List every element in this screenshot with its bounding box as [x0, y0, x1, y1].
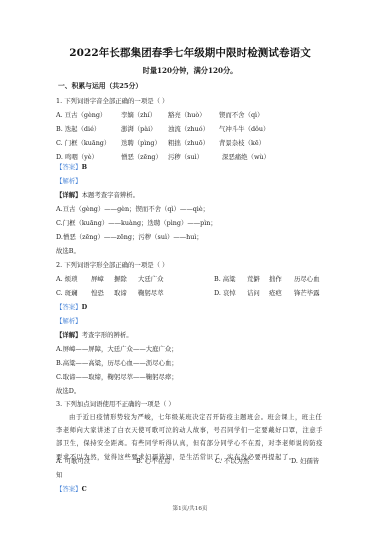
section-heading: 一、积累与运用（共25分） — [58, 82, 142, 91]
answer-value: D — [82, 303, 88, 311]
analysis-tag-2: 【解析】 — [56, 317, 82, 326]
option-d1: D. 哀悼 — [214, 289, 236, 298]
detail-1: 【详解】本题考查字音辨析。 — [56, 191, 139, 200]
answer-tag: 【答案】 — [56, 485, 82, 493]
option-d3: 疮疤 — [269, 289, 282, 298]
option-a1: A. 亘古（gèng） — [56, 111, 106, 120]
detail-line: D.憎恶（zēng）——zēng；污秽（suì）——huì； — [56, 233, 203, 242]
option-b4: 气冲斗牛（dǒu） — [219, 125, 269, 134]
page-title: 2022年长郡集团春季七年级期中限时检测试卷语文 — [0, 45, 380, 60]
option-a4: 大廷广众 — [138, 275, 164, 284]
option-c3: 取谛 — [114, 289, 127, 298]
question-1-stem: 1. 下列词语字音全部正确的一项是（ ） — [56, 97, 168, 106]
detail-line: A.亘古（gèng）——gèn；锲而不舍（qì）——qiè； — [56, 205, 209, 214]
option-b3: 拙作 — [269, 275, 282, 284]
exam-info: 时量120分钟，满分120分。 — [0, 66, 380, 76]
question-2-stem: 2. 下列词语字形全部正确的一项是（ ） — [56, 261, 168, 270]
option-d: D. 妇孺皆 — [291, 457, 319, 466]
option-d2: 憎恶（zēng） — [121, 153, 162, 162]
option-b2: 荒僻 — [247, 275, 260, 284]
detail-line: C.门框（kuāng）——kuàng；迭聘（pìng）——pìn； — [56, 219, 217, 228]
option-c3: 粗拙（zhuō） — [168, 139, 209, 148]
option-d1: D. 鸣咽（yè） — [56, 153, 98, 162]
detail-tag: 【详解】 — [56, 191, 82, 199]
document-page: 2022年长郡集团春季七年级期中限时检测试卷语文 时量120分钟，满分120分。… — [0, 0, 380, 538]
detail-2: 【详解】考查字形的辨析。 — [56, 331, 133, 340]
answer-tag: 【答案】 — [56, 303, 82, 311]
answer-tag: 【答案】 — [56, 163, 82, 171]
question-3-stem: 3. 下列加点词语使用不正确的一项是（ ） — [56, 400, 175, 409]
option-d4: 深恶痛绝（wù） — [222, 153, 270, 162]
option-c: C. 不以为然 — [215, 457, 249, 466]
question-3-passage: 由于近日疫情形势较为严峻，七年级某班决定召开防疫主题班会。班会课上，班主任李老师… — [56, 411, 324, 464]
option-c4: 鞠躬尽萃 — [138, 289, 164, 298]
option-a3: 摒除 — [114, 275, 127, 284]
detail-intro: 本题考查字音辨析。 — [82, 191, 140, 199]
option-c4: 背景杂枝（kē） — [219, 139, 265, 148]
answer-2: 【答案】D — [56, 303, 87, 312]
option-a: A. 可歌可泣 — [56, 457, 90, 466]
detail-line: B.高粱——高粱，历尽心血——沥尽心血； — [56, 359, 178, 368]
option-b1: B. 高粱 — [214, 275, 236, 284]
option-a2: 屏嶂 — [91, 275, 104, 284]
option-b1: B. 迭起（dié） — [56, 125, 100, 134]
option-b2: 澎湃（pài） — [121, 125, 157, 134]
analysis-tag-1: 【解析】 — [56, 177, 82, 186]
conclusion-2: 故选D。 — [56, 387, 80, 396]
detail-tag: 【详解】 — [56, 331, 82, 339]
option-d4: 锋芒毕露 — [294, 289, 320, 298]
page-footer: 第1页/共16页 — [0, 504, 380, 512]
option-c1: C. 斑斓 — [56, 289, 78, 298]
option-d2: 诘问 — [247, 289, 260, 298]
option-d3: 污秽（suì） — [168, 153, 203, 162]
option-b3: 浊流（zhuó） — [168, 125, 209, 134]
option-b4: 历尽心血 — [294, 275, 320, 284]
answer-1: 【答案】B — [56, 163, 87, 172]
option-c2: 惶恐 — [91, 289, 104, 298]
answer-value: B — [82, 163, 87, 171]
detail-line: A.屏嶂——屏障，大廷广众——大庭广众； — [56, 345, 178, 354]
detail-intro: 考查字形的辨析。 — [82, 331, 133, 339]
answer-3: 【答案】C — [56, 485, 87, 494]
detail-line: C.取谛——取缔，鞠躬尽萃——鞠躬尽瘁； — [56, 373, 178, 382]
option-a2: 孪嫡（zhí） — [121, 111, 156, 120]
option-c1: C. 门框（kuāng） — [56, 139, 110, 148]
answer-value: C — [82, 485, 87, 493]
option-a4: 锲而不舍（qì） — [219, 111, 263, 120]
option-d-wrap: 知 — [56, 471, 62, 480]
option-b: B. 心不在焉 — [136, 457, 170, 466]
conclusion-1: 故选B。 — [56, 247, 80, 256]
option-a1: A. 烦琐 — [56, 275, 77, 284]
option-a3: 豁亮（huò） — [168, 111, 206, 120]
option-c2: 迭聘（pìng） — [121, 139, 161, 148]
